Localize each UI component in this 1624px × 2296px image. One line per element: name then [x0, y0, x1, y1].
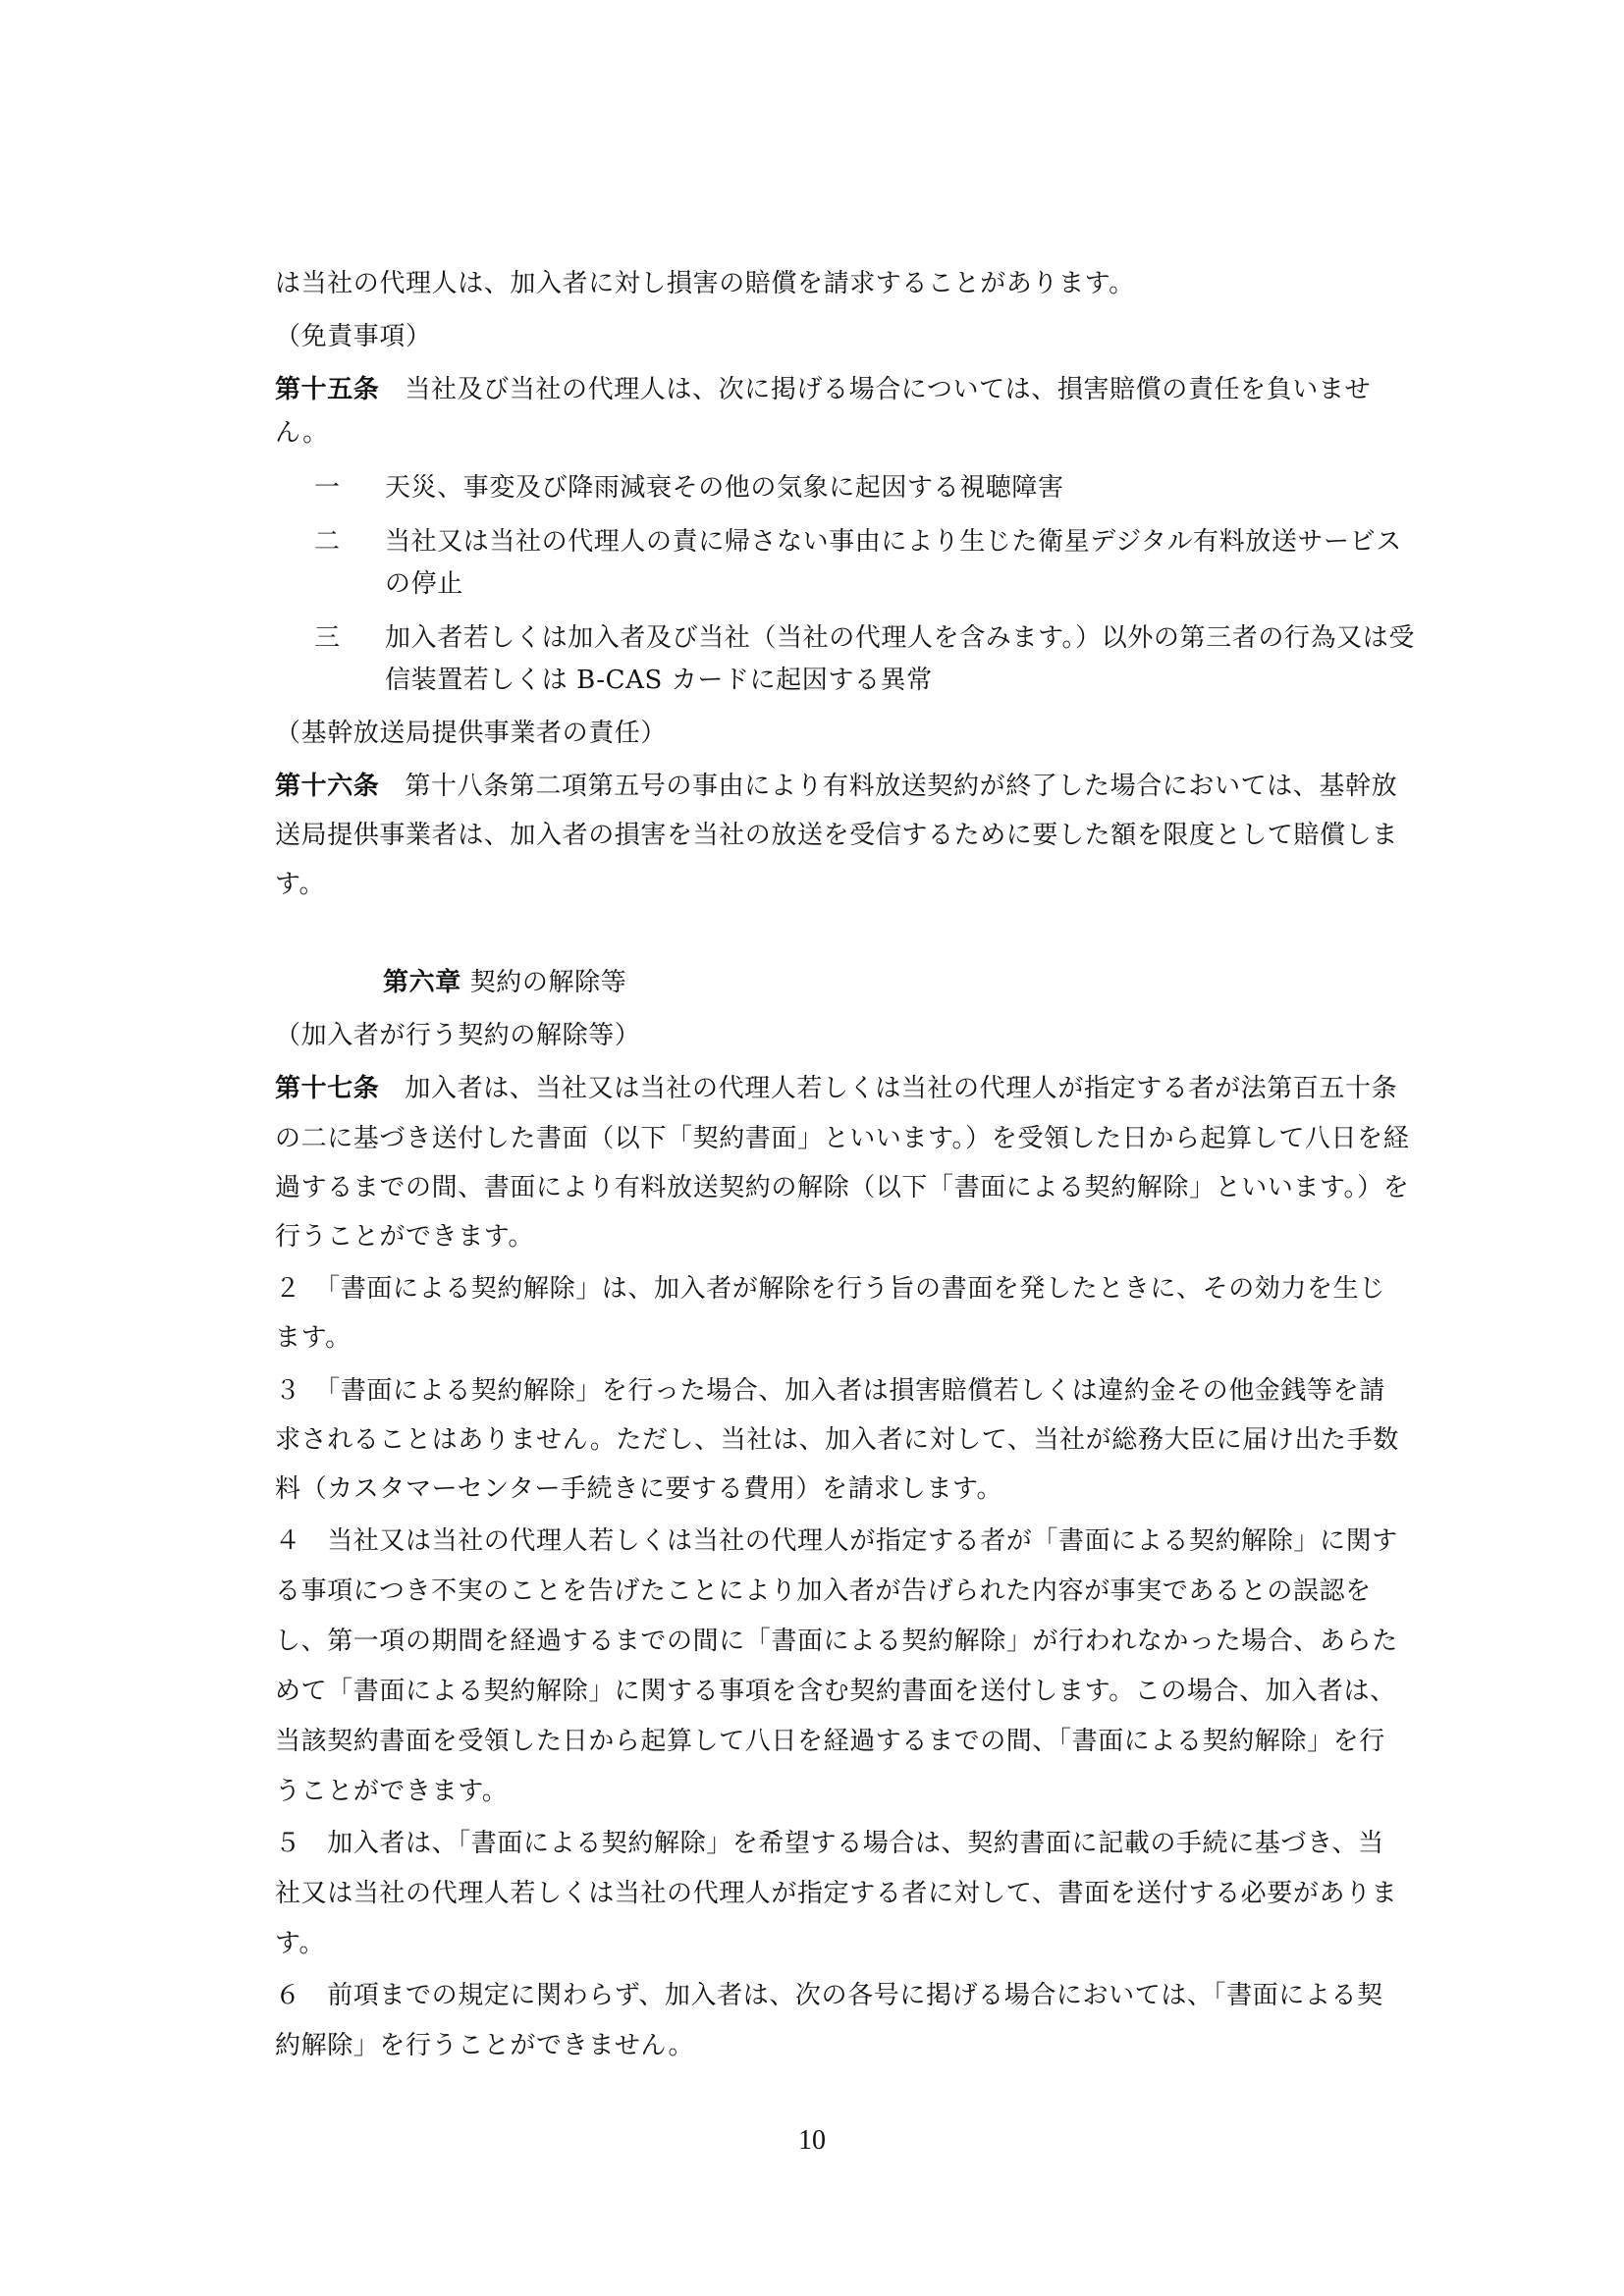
article-15: 第十五条当社及び当社の代理人は、次に掲げる場合については、損害賠償の責任を負いま…: [275, 373, 1371, 406]
text-line: めて「書面による契約解除」に関する事項を含む契約書面を送付します。この場合、加入…: [275, 1675, 1396, 1708]
item-text: 天災、事変及び降雨減衰その他の気象に起因する視聴障害: [385, 471, 1064, 505]
paragraph-2: ２ 「書面による契約解除」は、加入者が解除を行う旨の書面を発したときに、その効力…: [275, 1272, 1385, 1306]
article-17: 第十七条加入者は、当社又は当社の代理人若しくは当社の代理人が指定する者が法第百五…: [275, 1072, 1397, 1105]
section-caption-exemptions: （免責事項）: [275, 320, 432, 353]
text-line: し、第一項の期間を経過するまでの間に「書面による契約解除」が行われなかった場合、…: [275, 1625, 1398, 1658]
paragraph-3: ３ 「書面による契約解除」を行った場合、加入者は損害賠償若しくは違約金その他金銭…: [275, 1374, 1385, 1408]
text-line: は当社の代理人は、加入者に対し損害の賠償を請求することがあります。: [275, 267, 1135, 300]
text-line: 当該契約書面を受領した日から起算して八日を経過するまでの間、「書面による契約解除…: [275, 1725, 1385, 1758]
text-line: 約解除」を行うことができません。: [275, 2029, 694, 2062]
document-page: は当社の代理人は、加入者に対し損害の賠償を請求することがあります。 （免責事項）…: [0, 0, 1624, 2296]
paragraph-5: ５ 加入者は、「書面による契約解除」を希望する場合は、契約書面に記載の手続に基づ…: [275, 1827, 1384, 1860]
item-text: 信装置若しくは B-CAS カードに起因する異常: [385, 664, 933, 697]
article-heading: 第十七条: [275, 1074, 379, 1103]
item-number: 二: [314, 525, 340, 559]
text-line: 行うことができます。: [275, 1220, 534, 1254]
article-heading: 第十六条: [275, 772, 379, 801]
article-heading: 第十五条: [275, 375, 379, 404]
chapter-title: 契約の解除等: [470, 968, 627, 997]
text-line: る事項につき不実のことを告げたことにより加入者が告げられた内容が事実であるとの誤…: [275, 1575, 1372, 1608]
text-line: 求されることはありません。ただし、当社は、加入者に対して、当社が総務大臣に届け出…: [275, 1423, 1399, 1457]
chapter-heading: 第六章 契約の解除等: [383, 966, 626, 999]
text-line: 社又は当社の代理人若しくは当社の代理人が指定する者に対して、書面を送付する必要が…: [275, 1877, 1397, 1910]
article-16: 第十六条第十八条第二項第五号の事由により有料放送契約が終了した場合においては、基…: [275, 770, 1397, 803]
text-line: 加入者は、当社又は当社の代理人若しくは当社の代理人が指定する者が法第百五十条: [405, 1074, 1397, 1103]
text-line: 送局提供事業者は、加入者の損害を当社の放送を受信するために要した額を限度として賠…: [275, 819, 1398, 852]
text-line: 過するまでの間、書面により有料放送契約の解除（以下「書面による契約解除」といいま…: [275, 1171, 1409, 1204]
page-number: 10: [0, 2125, 1624, 2157]
section-caption-broadcaster-liability: （基幹放送局提供事業者の責任）: [275, 717, 667, 750]
item-number: 三: [314, 621, 340, 655]
section-caption-termination: （加入者が行う契約の解除等）: [275, 1019, 640, 1052]
text-line: 料（カスタマーセンター手続きに要する費用）を請求します。: [275, 1472, 1002, 1506]
chapter-number: 第六章: [383, 968, 461, 997]
item-number: 一: [314, 471, 340, 505]
paragraph-4: ４ 当社又は当社の代理人若しくは当社の代理人が指定する者が「書面による契約解除」…: [275, 1524, 1398, 1558]
text-line: うことができます。: [275, 1775, 508, 1808]
text-line: ん。: [275, 416, 329, 450]
text-line: の二に基づき送付した書面（以下「契約書面」といいます。）を受領した日から起算して…: [275, 1122, 1409, 1155]
item-text: 当社又は当社の代理人の責に帰さない事由により生じた衛星デジタル有料放送サービス: [385, 525, 1402, 559]
text-line: 当社及び当社の代理人は、次に掲げる場合については、損害賠償の責任を負いませ: [405, 375, 1371, 404]
text-line: す。: [275, 1927, 325, 1960]
item-text: 加入者若しくは加入者及び当社（当社の代理人を含みます。）以外の第三者の行為又は受: [385, 621, 1415, 655]
item-text: の停止: [385, 567, 463, 601]
text-line: 第十八条第二項第五号の事由により有料放送契約が終了した場合においては、基幹放: [405, 772, 1397, 801]
text-line: す。: [275, 868, 325, 901]
text-line: ます。: [275, 1321, 352, 1355]
paragraph-6: ６ 前項までの規定に関わらず、加入者は、次の各号に掲げる場合においては、「書面に…: [275, 1979, 1383, 2012]
